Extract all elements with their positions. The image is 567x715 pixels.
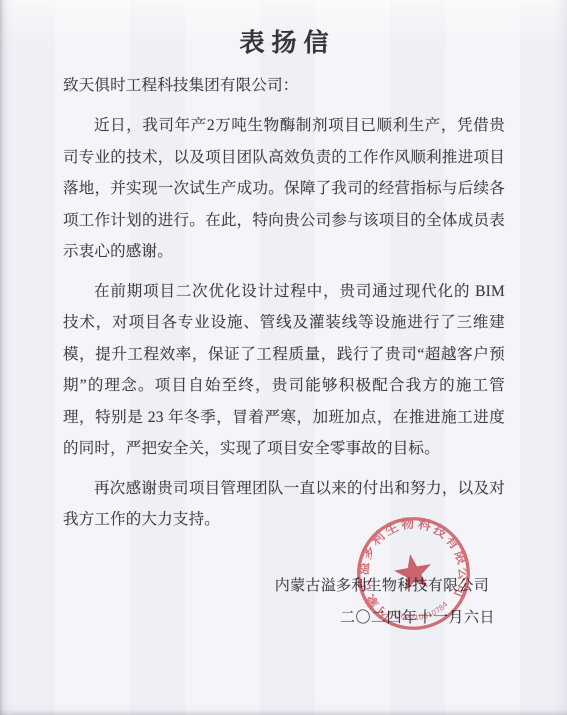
signature-block: 内蒙古溢多利生物科技有限公司 二〇二四年十一月六日: [63, 570, 505, 634]
signature-company: 内蒙古溢多利生物科技有限公司: [63, 570, 505, 602]
letter-title: 表扬信: [63, 26, 505, 62]
paragraph-3: 再次感谢贵司项目管理团队一直以来的付出和努力，以及对我方工作的大力支持。: [63, 473, 505, 536]
signature-date: 二〇二四年十一月六日: [63, 602, 505, 634]
letter-page: 表扬信 致天俱时工程科技集团有限公司： 近日，我司年产2万吨生物酶制剂项目已顺利…: [0, 0, 567, 715]
paragraph-1: 近日，我司年产2万吨生物酶制剂项目已顺利生产，凭借贵司专业的技术，以及项目团队高…: [63, 110, 505, 268]
paragraph-2: 在前期项目二次优化设计过程中，贵司通过现代化的 BIM 技术，对项目各专业设施、…: [63, 276, 505, 465]
salutation: 致天俱时工程科技集团有限公司：: [63, 70, 505, 102]
letter-content: 表扬信 致天俱时工程科技集团有限公司： 近日，我司年产2万吨生物酶制剂项目已顺利…: [63, 0, 505, 634]
